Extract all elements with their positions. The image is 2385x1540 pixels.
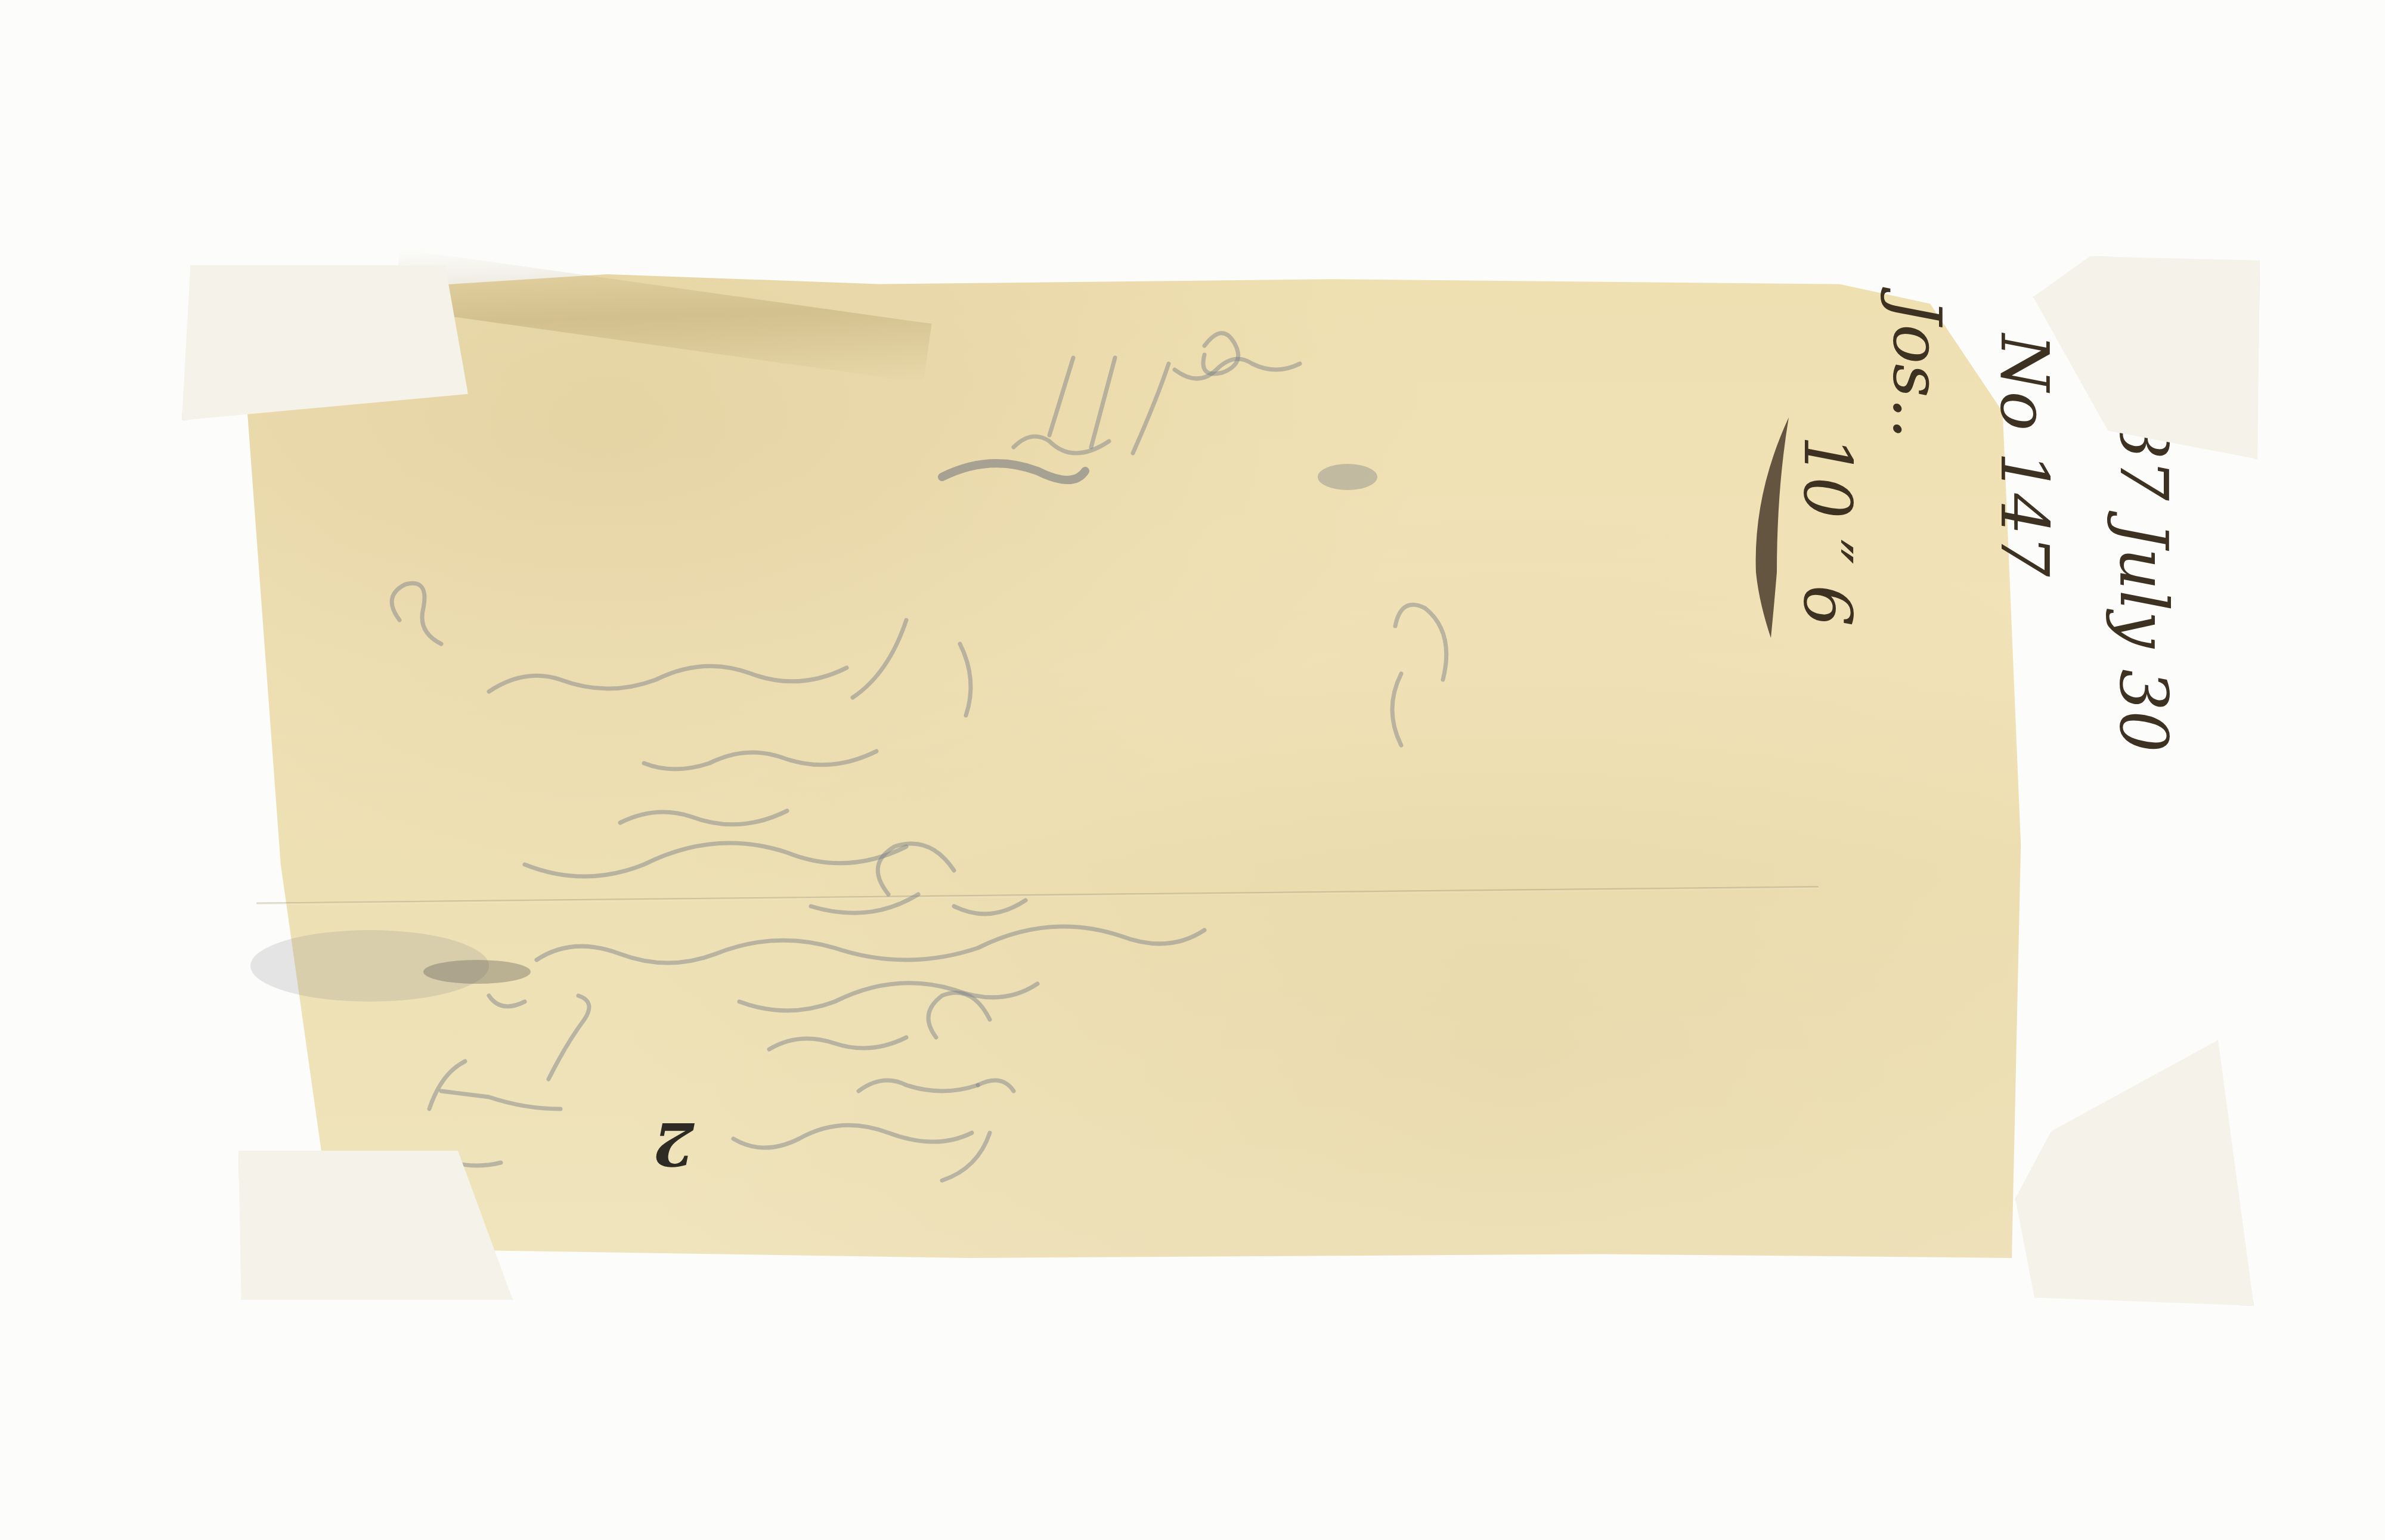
mounting-hinge-top-left [182, 265, 468, 420]
docket-endorsement-3: Jos.. [1872, 298, 1962, 439]
docket-endorsement-4: 10 ″ 6 [1783, 435, 1872, 627]
docket-name: Jos.. [1872, 298, 1962, 439]
docket-endorsement-2: No 147 [1980, 334, 2069, 577]
docket-number: No 147 [1980, 334, 2069, 577]
docket-amount: 10 ″ 6 [1783, 435, 1872, 627]
ink-numeral-mark: 2 [653, 1109, 695, 1179]
